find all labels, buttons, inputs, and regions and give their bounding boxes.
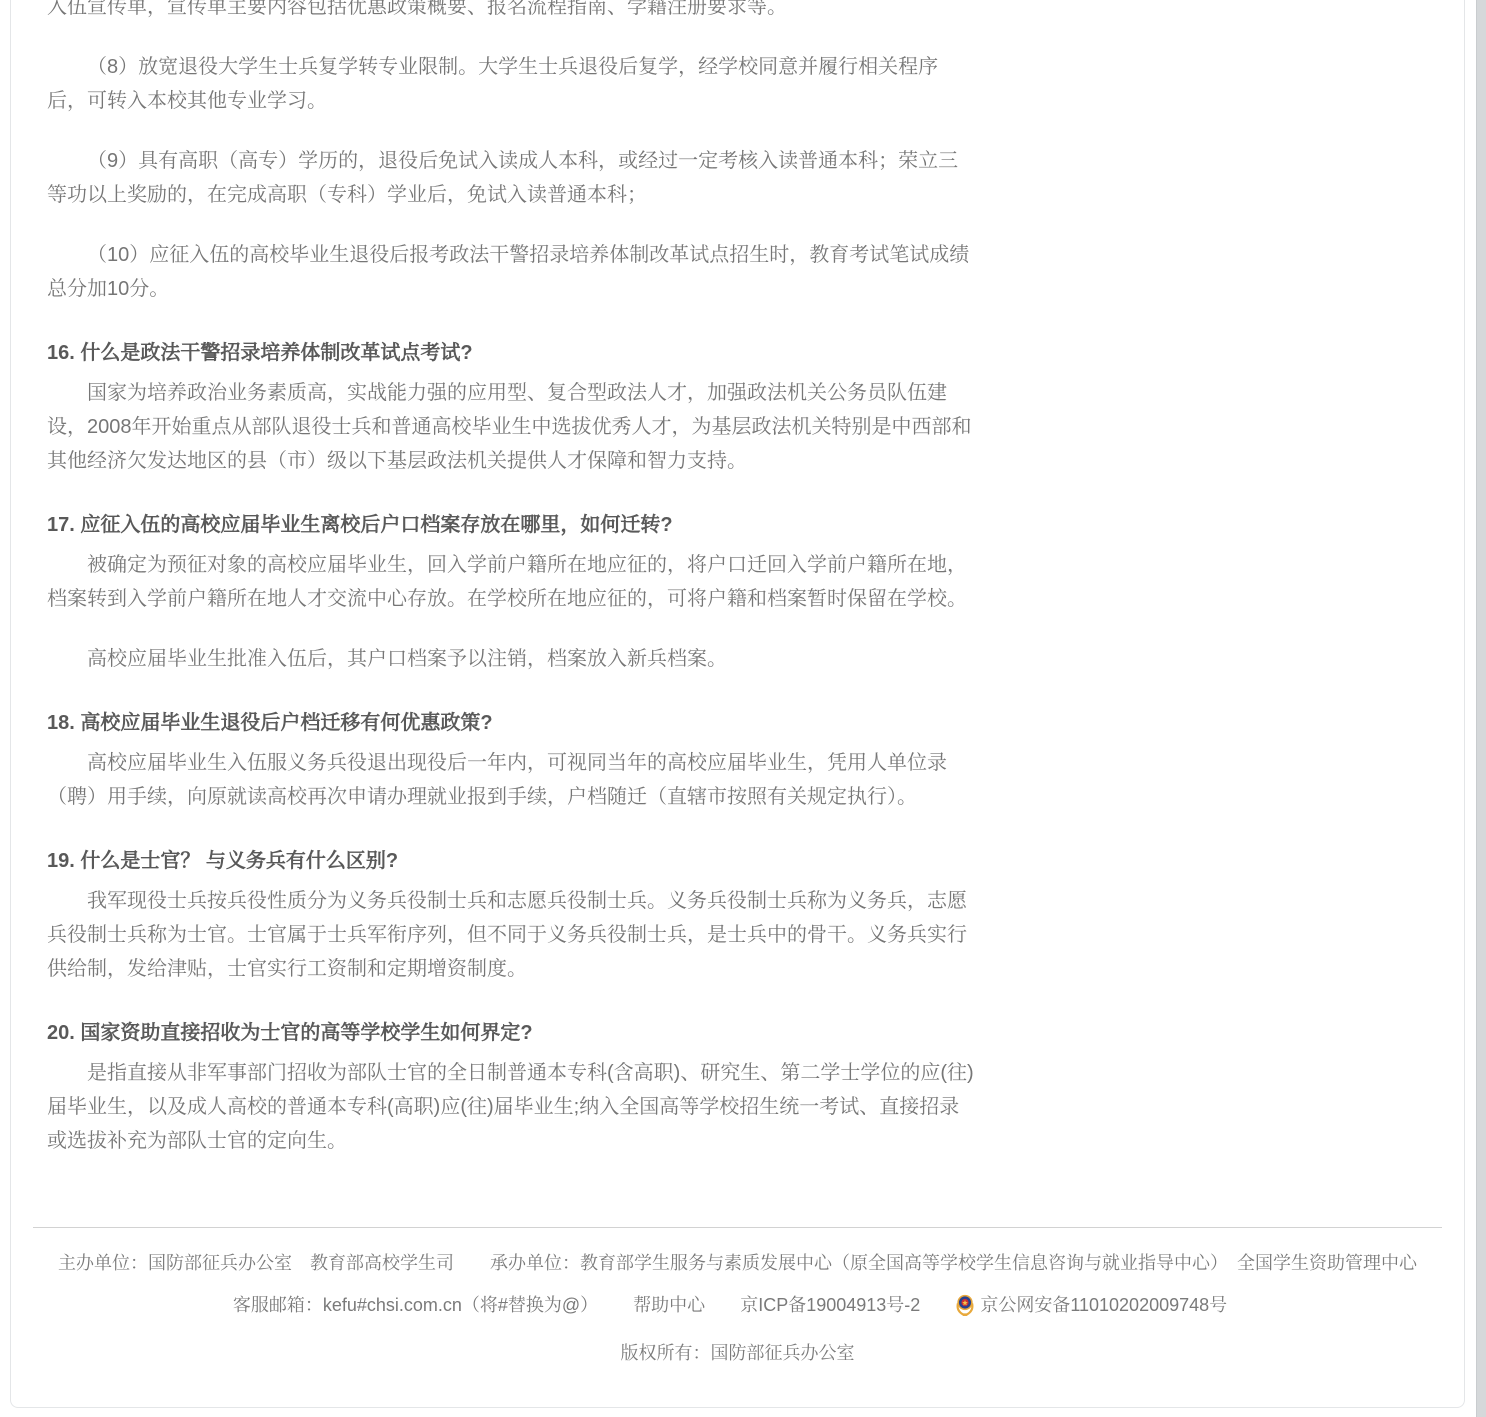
faq-answer-17-part2: 高校应届毕业生批准入伍后，其户口档案予以注销，档案放入新兵档案。 [47, 642, 1027, 676]
help-center-link[interactable]: 帮助中心 [633, 1295, 705, 1315]
footer-host-line: 主办单位：国防部征兵办公室 教育部高校学生司 承办单位：教育部学生服务与素质发展… [11, 1251, 1464, 1275]
faq-question-19: 19. 什么是士官？ 与义务兵有什么区别? [47, 850, 1027, 872]
footer-copyright: 版权所有：国防部征兵办公室 [11, 1341, 1464, 1365]
faq-paragraph-item10: （10）应征入伍的高校毕业生退役后报考政法干警招录培养体制改革试点招生时，教育考… [47, 238, 1027, 306]
vertical-scrollbar[interactable] [1476, 0, 1486, 1417]
icp-license-link[interactable]: 京ICP备19004913号-2 [740, 1295, 920, 1315]
faq-answer-17-part1: 被确定为预征对象的高校应届毕业生，回入学前户籍所在地应征的，将户口迁回入学前户籍… [47, 548, 1027, 616]
faq-answer-20: 是指直接从非军事部门招收为部队士官的全日制普通本专科(含高职)、研究生、第二学士… [47, 1056, 1027, 1158]
footer-divider [33, 1227, 1442, 1228]
faq-answer-18: 高校应届毕业生入伍服义务兵役退出现役后一年内，可视同当年的高校应届毕业生，凭用人… [47, 746, 1027, 814]
faq-answer-19: 我军现役士兵按兵役性质分为义务兵役制士兵和志愿兵役制士兵。义务兵役制士兵称为义务… [47, 884, 1027, 986]
faq-answer-16: 国家为培养政治业务素质高，实战能力强的应用型、复合型政法人才，加强政法机关公务员… [47, 376, 1027, 478]
public-security-filing-text: 京公网安备11010202009748号 [980, 1295, 1227, 1315]
faq-article: 入伍宣传单，宣传单主要内容包括优惠政策概要、报名流程指南、学籍注册要求等。 （8… [11, 0, 1027, 1158]
footer-links-line: 客服邮箱：kefu#chsi.com.cn（将#替换为@） 帮助中心 京ICP备… [11, 1293, 1464, 1323]
faq-question-16: 16. 什么是政法干警招录培养体制改革试点考试? [47, 342, 1027, 364]
public-security-filing-link[interactable]: 京公网安备11010202009748号 [955, 1295, 1227, 1315]
faq-question-18: 18. 高校应届毕业生退役后户档迁移有何优惠政策? [47, 712, 1027, 734]
faq-paragraph-item8: （8）放宽退役大学生士兵复学转专业限制。大学生士兵退役后复学，经学校同意并履行相… [47, 50, 1027, 118]
faq-question-17: 17. 应征入伍的高校应届毕业生离校后户口档案存放在哪里，如何迁转? [47, 514, 1027, 536]
police-badge-icon [955, 1293, 975, 1323]
content-panel: 入伍宣传单，宣传单主要内容包括优惠政策概要、报名流程指南、学籍注册要求等。 （8… [10, 0, 1465, 1408]
footer-email: 客服邮箱：kefu#chsi.com.cn（将#替换为@） [233, 1295, 598, 1315]
faq-paragraph-item9: （9）具有高职（高专）学历的，退役后免试入读成人本科，或经过一定考核入读普通本科… [47, 144, 1027, 212]
faq-paragraph-intro-fragment: 入伍宣传单，宣传单主要内容包括优惠政策概要、报名流程指南、学籍注册要求等。 [47, 0, 1027, 24]
page-footer: 主办单位：国防部征兵办公室 教育部高校学生司 承办单位：教育部学生服务与素质发展… [11, 1227, 1464, 1365]
faq-question-20: 20. 国家资助直接招收为士官的高等学校学生如何界定? [47, 1022, 1027, 1044]
